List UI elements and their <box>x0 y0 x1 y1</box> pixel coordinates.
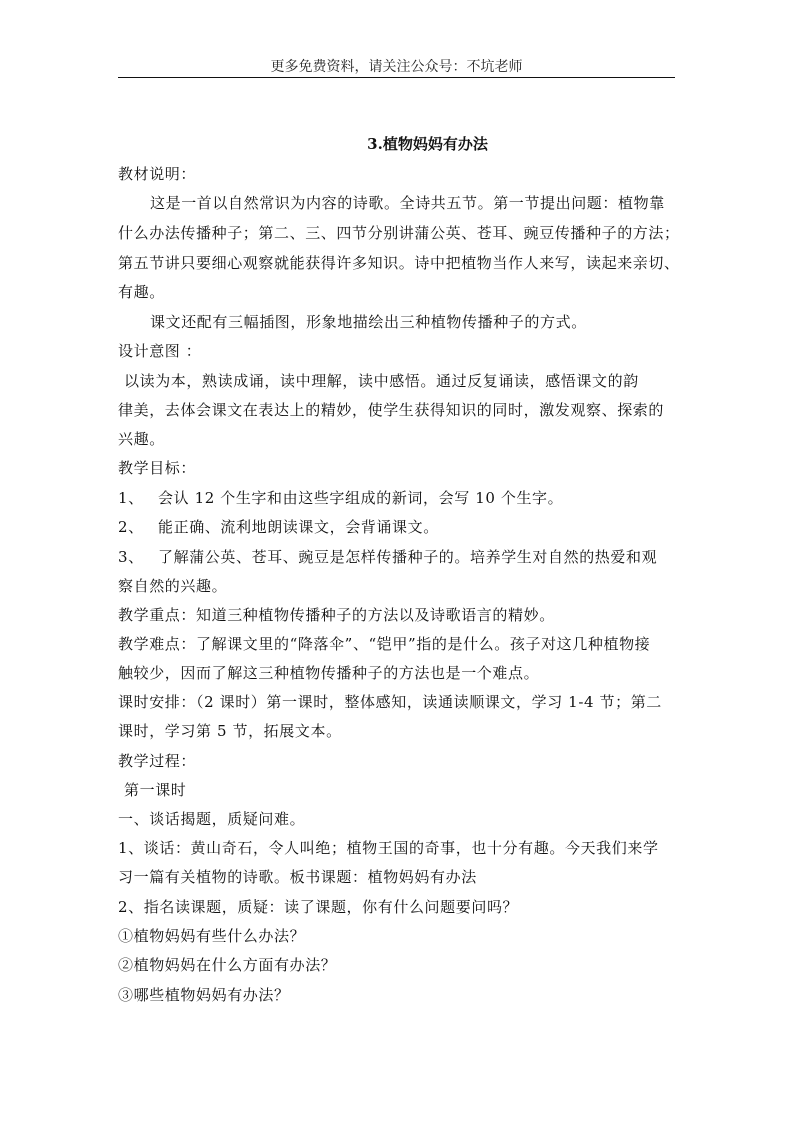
step1-line: 1、谈话：黄山奇石，令人叫绝；植物王国的奇事，也十分有趣。今天我们来学 <box>118 837 678 859</box>
goal-number: 1、 <box>118 487 148 509</box>
schedule-line: 课时，学习第 5 节，拓展文本。 <box>118 720 678 742</box>
key-point: 教学重点：知道三种植物传播种子的方法以及诗歌语言的精妙。 <box>118 604 678 626</box>
goal-item: 1、会认 12 个生字和由这些字组成的新词，会写 10 个生字。 <box>118 487 678 509</box>
goals-label: 教学目标： <box>118 457 678 479</box>
materials-paragraph-line: 第五节讲只要细心观察就能获得许多知识。诗中把植物当作人来写，读起来亲切、 <box>118 252 678 274</box>
goal-number: 2、 <box>118 516 148 538</box>
lesson-label: 第一课时 <box>124 779 678 801</box>
page-header-text: 更多免费资料，请关注公众号：不坑老师 <box>118 57 675 77</box>
goal-item: 2、能正确、流利地朗读课文，会背诵课文。 <box>118 516 678 538</box>
goal-text: 会认 12 个生字和由这些字组成的新词，会写 10 个生字。 <box>158 489 563 507</box>
document-title: 3.植物妈妈有办法 <box>118 133 675 155</box>
goal-number: 3、 <box>118 546 148 568</box>
step1-heading: 一、谈话揭题，质疑问难。 <box>118 808 678 830</box>
question-item: ①植物妈妈有些什么办法？ <box>118 925 678 947</box>
design-paragraph-line: 兴趣。 <box>118 428 678 450</box>
materials-paragraph-line: 有趣。 <box>118 281 678 303</box>
step2-line: 2、指名读课题，质疑：读了课题，你有什么问题要问吗？ <box>118 896 678 918</box>
difficulty-line: 教学难点：了解课文里的“降落伞”、“铠甲”指的是什么。孩子对这几种植物接 <box>118 633 678 655</box>
header-divider <box>118 77 675 78</box>
question-item: ③哪些植物妈妈有办法？ <box>118 984 678 1006</box>
step1-line: 习一篇有关植物的诗歌。板书课题：植物妈妈有办法 <box>118 866 678 888</box>
design-paragraph-line: 以读为本，熟读成诵，读中理解，读中感悟。通过反复诵读，感悟课文的韵 <box>124 370 678 392</box>
goal-text: 了解蒲公英、苍耳、豌豆是怎样传播种子的。培养学生对自然的热爱和观 <box>158 548 657 566</box>
design-label: 设计意图 ： <box>118 340 678 362</box>
goal-item: 3、了解蒲公英、苍耳、豌豆是怎样传播种子的。培养学生对自然的热爱和观 <box>118 546 678 568</box>
materials-label: 教材说明： <box>118 163 678 185</box>
goal-continuation: 察自然的兴趣。 <box>118 575 678 597</box>
materials-illustration-line: 课文还配有三幅插图，形象地描绘出三种植物传播种子的方式。 <box>150 311 678 333</box>
materials-paragraph-line: 这是一首以自然常识为内容的诗歌。全诗共五节。第一节提出问题：植物靠 <box>150 192 678 214</box>
question-item: ②植物妈妈在什么方面有办法？ <box>118 954 678 976</box>
process-label: 教学过程： <box>118 750 678 772</box>
schedule-line: 课时安排：（2 课时）第一课时，整体感知，读通读顺课文，学习 1-4 节；第二 <box>118 691 678 713</box>
design-paragraph-line: 律美，去体会课文在表达上的精妙，使学生获得知识的同时，激发观察、探索的 <box>118 399 678 421</box>
goal-text: 能正确、流利地朗读课文，会背诵课文。 <box>158 518 439 536</box>
difficulty-line: 触较少，因而了解这三种植物传播种子的方法也是一个难点。 <box>118 662 678 684</box>
materials-paragraph-line: 什么办法传播种子；第二、三、四节分别讲蒲公英、苍耳、豌豆传播种子的方法； <box>118 222 678 244</box>
